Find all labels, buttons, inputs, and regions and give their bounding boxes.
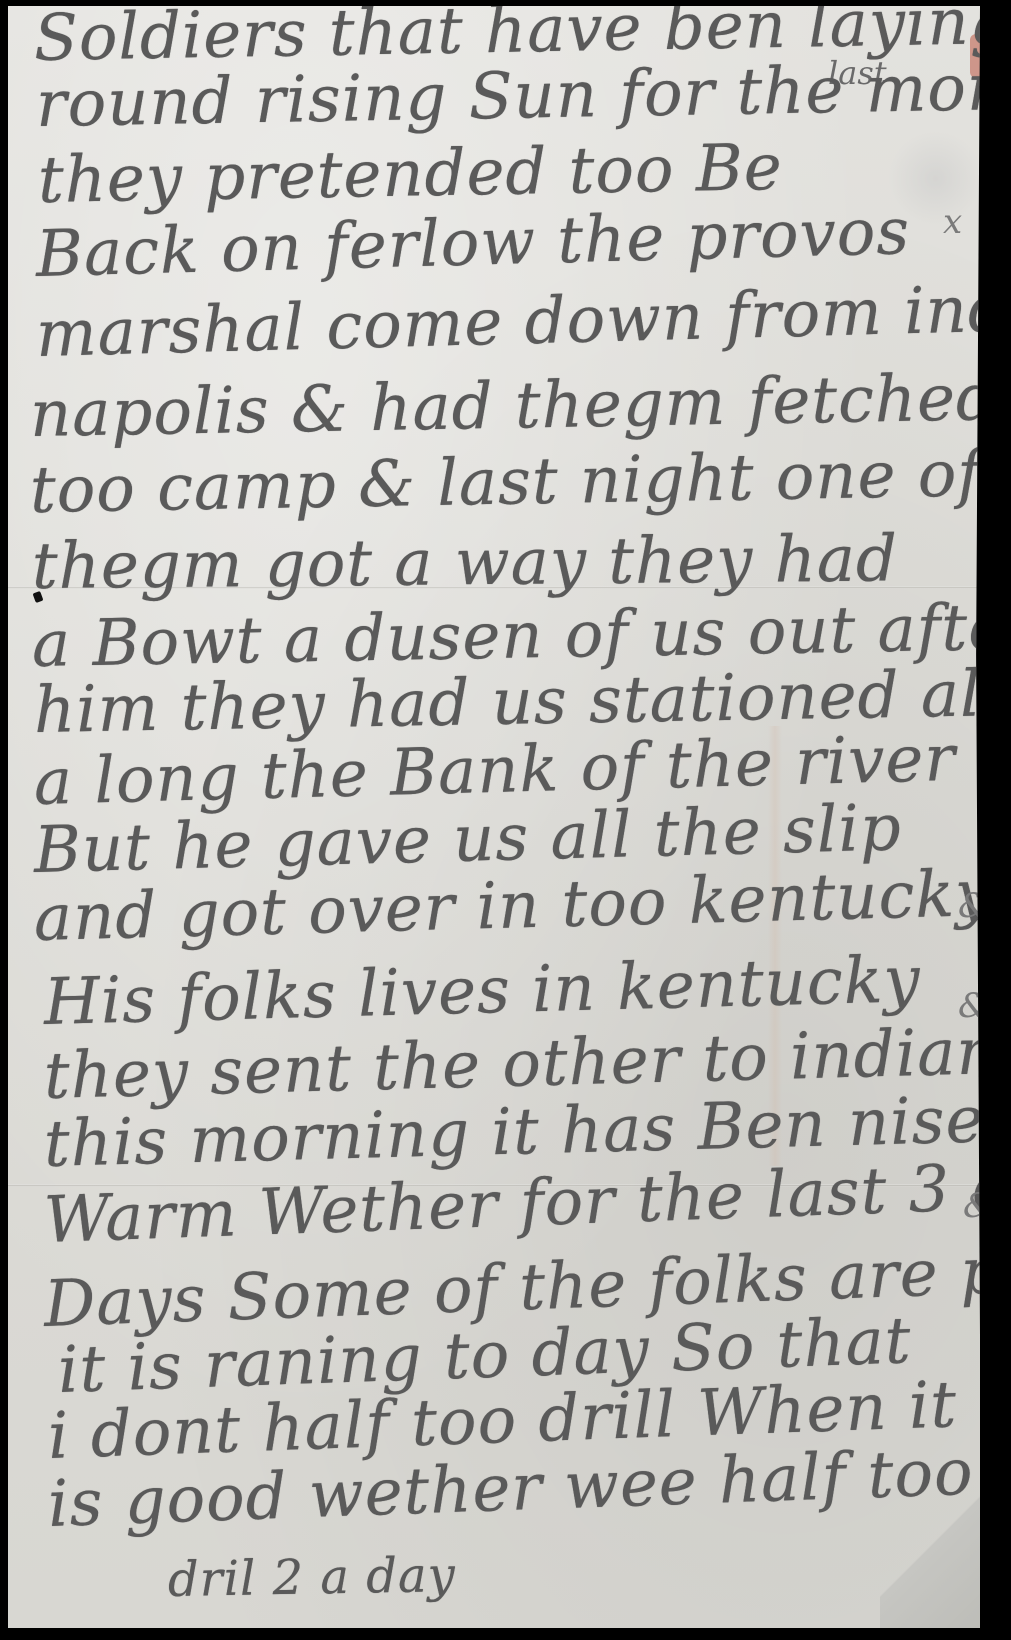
margin-mark: x bbox=[943, 202, 962, 242]
letter-page: Soldiers that have ben laying last round… bbox=[8, 6, 980, 1628]
folded-corner bbox=[880, 1468, 980, 1628]
letter-line-22: dril 2 a day bbox=[168, 1547, 457, 1608]
margin-mark: & bbox=[958, 886, 988, 926]
letter-line-6: napolis & had thegm fetched in bbox=[29, 360, 1011, 452]
letter-line-7: too camp & last night one of bbox=[29, 437, 982, 528]
margin-mark: & bbox=[963, 1186, 993, 1226]
letter-line-8: thegm got a way they had bbox=[32, 522, 899, 604]
